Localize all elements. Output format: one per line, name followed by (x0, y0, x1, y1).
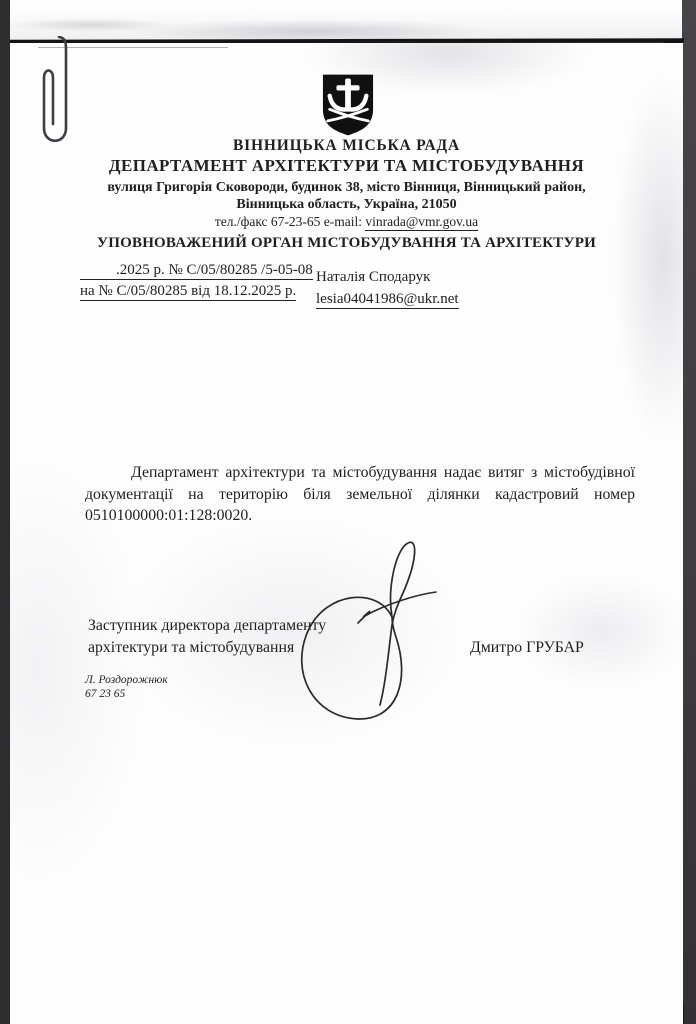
contact-line: тел./факс 67-23-65 e-mail: vinrada@vmr.g… (10, 214, 683, 230)
document-page: ВІННИЦЬКА МІСЬКА РАДА ДЕПАРТАМЕНТ АРХІТЕ… (10, 43, 683, 1024)
scan-edge-right (682, 0, 696, 1024)
body-paragraph: Департамент архітектури та містобудуванн… (85, 462, 635, 527)
handwritten-signature (286, 537, 442, 737)
ref-incoming-line: на № С/05/80285 від 18.12.2025 р. (80, 281, 313, 302)
executor-phone: 67 23 65 (85, 687, 168, 701)
executor-name: Л. Роздорожнюк (85, 673, 168, 687)
org-email: vinrada@vmr.gov.ua (365, 214, 478, 231)
contact-prefix: тел./факс 67-23-65 e-mail: (215, 214, 366, 229)
address-line-1: вулиця Григорія Сковороди, будинок 38, м… (10, 180, 683, 196)
reference-block: .2025 р. № С/05/80285 /5-05-08 на № С/05… (80, 260, 313, 302)
previous-page-edge (10, 0, 682, 40)
department-name: ДЕПАРТАМЕНТ АРХІТЕКТУРИ ТА МІСТОБУДУВАНН… (10, 156, 683, 176)
address-line-2: Вінницька область, Україна, 21050 (10, 197, 683, 213)
authority-line: УПОВНОВАЖЕНИЙ ОРГАН МІСТОБУДУВАННЯ ТА АР… (10, 235, 683, 252)
recipient-name: Наталія Сподарук (316, 266, 459, 288)
vinnytsia-coat-of-arms-icon (321, 72, 375, 137)
recipient-email: lesia04041986@ukr.net (316, 288, 459, 310)
scan-edge-left (0, 0, 10, 1024)
executor-block: Л. Роздорожнюк 67 23 65 (85, 673, 168, 701)
org-name: ВІННИЦЬКА МІСЬКА РАДА (10, 137, 683, 155)
ref-outgoing-line: .2025 р. № С/05/80285 /5-05-08 (80, 260, 313, 281)
signer-name: Дмитро ГРУБАР (470, 639, 584, 657)
paperclip-icon (36, 36, 90, 156)
recipient-block: Наталія Сподарук lesia04041986@ukr.net (316, 266, 459, 310)
